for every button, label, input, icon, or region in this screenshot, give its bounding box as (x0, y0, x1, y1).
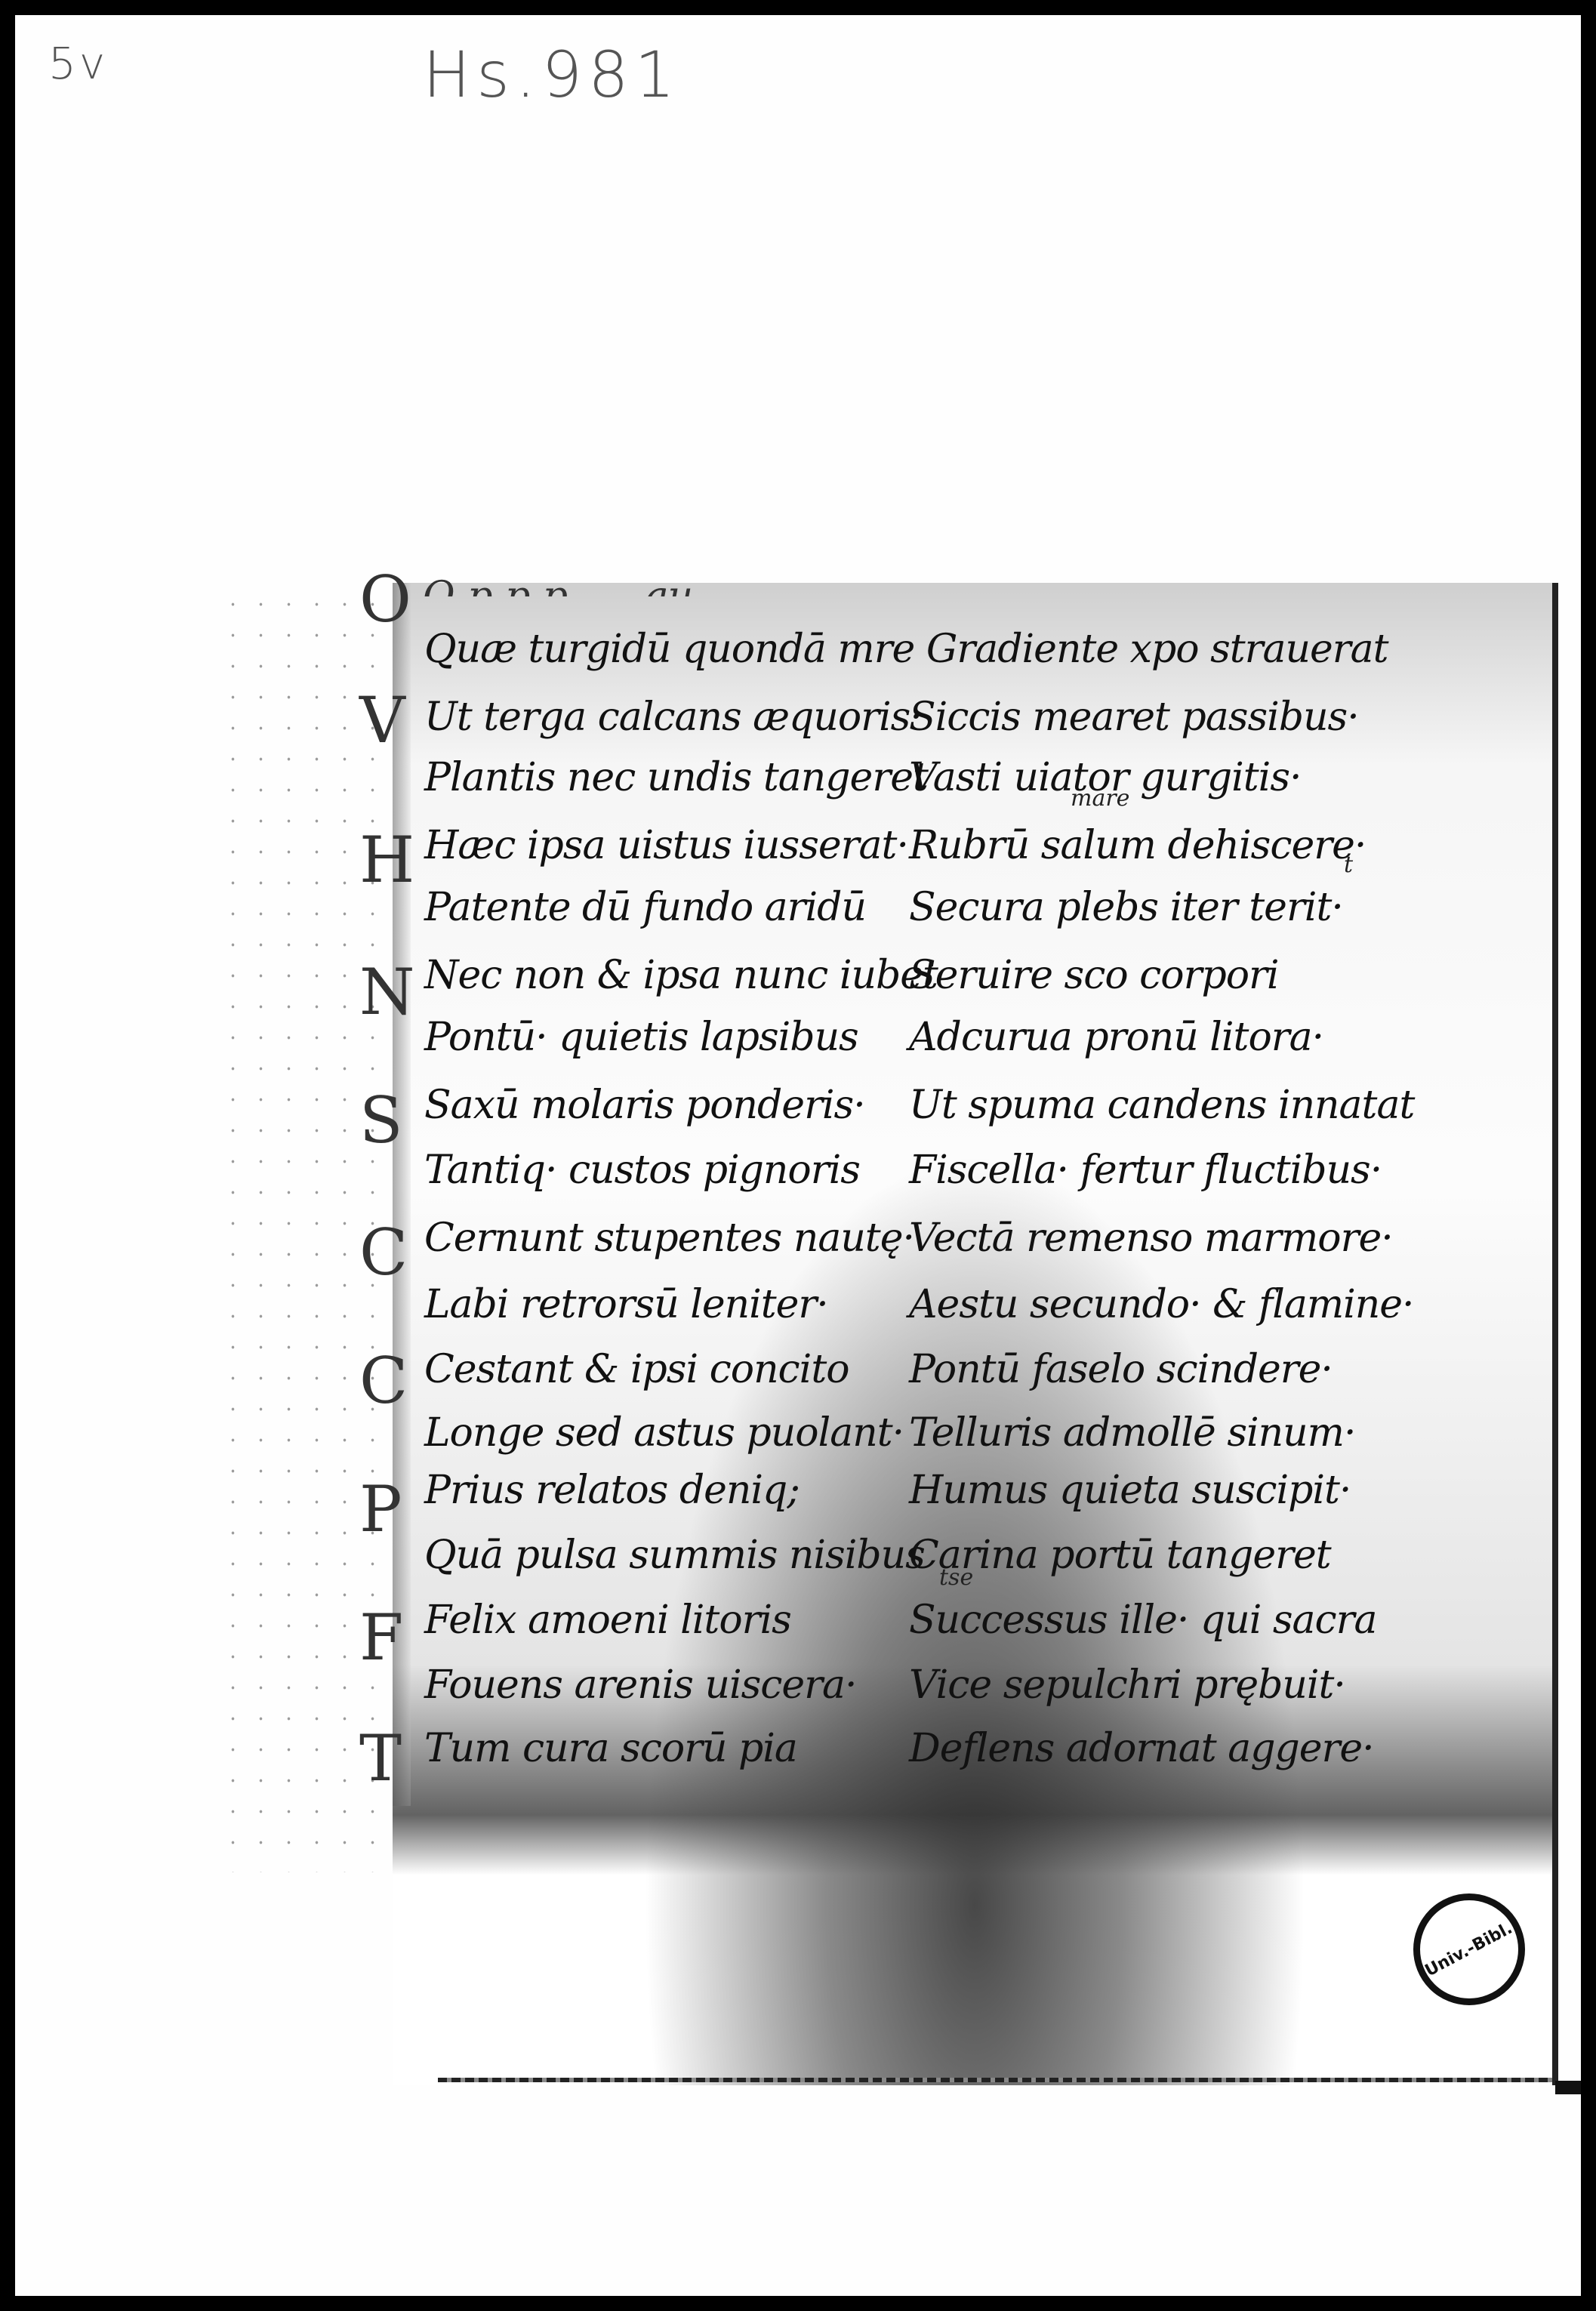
verse-right: Humus quieta suscipit· (909, 1468, 1351, 1513)
gloss: t (1344, 852, 1353, 878)
manuscript-bottom-edge (438, 2078, 1555, 2082)
verse-right: Vectā remenso marmore· (909, 1216, 1393, 1261)
gloss: tse (939, 1564, 973, 1591)
verse-right: Pontū faselo scindere· (909, 1347, 1333, 1392)
verse-right: Telluris admollē sinum· (909, 1410, 1355, 1456)
initial-letter: P (359, 1472, 402, 1546)
verse-right: Vice sepulchri prębuit· (909, 1662, 1345, 1708)
verse-left: Cernunt stupentes nautę· (424, 1216, 914, 1261)
verse-left: Prius relatos deniq; (424, 1468, 800, 1513)
verse-right: Aestu secundo· & flamine· (909, 1282, 1414, 1327)
gloss: mare (1071, 785, 1129, 812)
verse-left: Saxū molaris ponderis· (424, 1083, 865, 1128)
initial-letter: F (359, 1601, 403, 1675)
verse-right: Rubrū salum dehiscere· (909, 823, 1366, 868)
initial-letter: O (359, 562, 411, 636)
initial-letter: N (359, 955, 415, 1029)
verse-right: Adcurua pronū litora· (909, 1015, 1323, 1060)
folio-number: 5v (48, 38, 108, 89)
library-stamp: Univ.-Bibl. (1413, 1893, 1525, 2005)
verse-right: Siccis mearet passibus· (909, 695, 1359, 740)
verse-right: Seruire sco corpori (909, 953, 1279, 998)
verse-left: Cestant & ipsi concito (424, 1347, 849, 1392)
manuscript-right-edge (1552, 583, 1558, 2085)
verse-left: Quā pulsa summis nisibus (424, 1533, 925, 1578)
verse-left: Patente dū fundo aridū (424, 885, 866, 930)
verse-left: Tum cura scorū pia (424, 1726, 797, 1771)
verse-left: Ut terga calcans æquoris· (424, 695, 922, 740)
verse-left: Tantiq· custos pignoris (424, 1148, 860, 1193)
verse-right: Deflens adornat aggere· (909, 1726, 1374, 1771)
initial-letter: T (359, 1721, 402, 1795)
verse-left: Longe sed astus puolant· (424, 1410, 904, 1456)
verse-right: Secura plebs iter terit· (909, 885, 1343, 930)
verse-right: Successus ille· qui sacra (909, 1598, 1377, 1643)
initial-letter: S (359, 1083, 403, 1157)
verse-left: Quæ turgidū quondā mre Gradiente xpo str… (424, 627, 1388, 672)
initial-letter: C (359, 1344, 408, 1418)
verse-left: Fouens arenis uiscera· (424, 1662, 857, 1708)
verse-right: Ut spuma candens innatat (909, 1083, 1414, 1128)
cut-off-line: O p.p.p. ... qu ... (423, 574, 1540, 596)
initial-letter: C (359, 1216, 408, 1290)
verse-left: Labi retrorsū leniter· (424, 1282, 828, 1327)
shelfmark: Hs.981 (423, 38, 681, 112)
stamp-text: Univ.-Bibl. (1422, 1918, 1516, 1980)
initial-letter: H (359, 823, 414, 897)
verse-left: Plantis nec undis tangeret (424, 755, 928, 800)
verse-left: Pontū· quietis lapsibus (424, 1015, 858, 1060)
verse-left: Felix amoeni litoris (424, 1598, 791, 1643)
verse-left: Hæc ipsa uistus iusserat· (424, 823, 908, 868)
corner-mark (1555, 2081, 1581, 2094)
initial-letter: V (359, 683, 405, 757)
manuscript-photocopy (393, 583, 1557, 2085)
verse-left: Nec non & ipsa nunc iubet (424, 953, 938, 998)
verse-right: Fiscella· fertur fluctibus· (909, 1148, 1382, 1193)
